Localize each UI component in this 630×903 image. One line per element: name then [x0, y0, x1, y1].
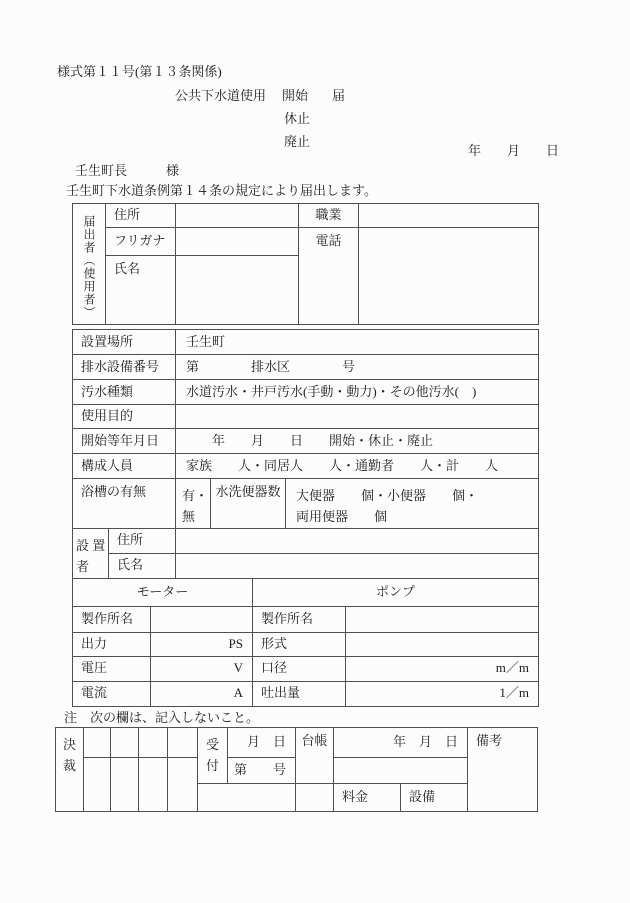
approval-stamp-box — [111, 758, 139, 812]
motor-voltage-label: 電圧 — [73, 656, 151, 681]
start-date-value: 年 月 日 開始・休止・廃止 — [176, 429, 539, 454]
machine-table: 製作所名 製作所名 出力 PS 形式 電圧 V 口径 m／m 電流 A 吐出量 — [72, 606, 539, 707]
ledger-blank-cell — [334, 758, 468, 784]
installer-address-label: 住所 — [109, 528, 176, 553]
pump-maker-label: 製作所名 — [253, 606, 346, 632]
pump-header: ポンプ — [253, 578, 539, 606]
pump-caliber-label: 口径 — [253, 656, 346, 681]
installer-address-field — [176, 528, 539, 553]
purpose-value — [176, 405, 539, 429]
table-row: 排水設備番号 第 排水区 号 — [73, 355, 539, 380]
approval-stamp-box — [84, 758, 111, 812]
reception-blank-cell — [198, 784, 296, 812]
table-row: 開始等年月日 年 月 日 開始・休止・廃止 — [73, 429, 539, 454]
table-row: 電流 A 吐出量 1／m — [73, 681, 539, 706]
drainage-number-value: 第 排水区 号 — [176, 355, 539, 380]
remarks-label: 備考 — [468, 728, 538, 812]
reception-label: 受 付 — [198, 728, 228, 784]
table-row: 浴槽の有無 有・ 無 水洗便器数 大便器 個・小便器 個・ 両用便器 個 — [73, 479, 539, 529]
fee-label: 料金 — [334, 784, 401, 812]
name-field — [176, 256, 299, 325]
table-row: 決 裁 受 付 月 日 台帳 年 月 日 備考 — [56, 728, 538, 758]
date-line: 年 月 日 — [468, 144, 559, 159]
addressee-line: 壬生町長 様 — [75, 164, 179, 179]
reception-number: 第 号 — [228, 758, 296, 784]
applicant-table: 届出者（使用者） 住所 職業 フリガナ 電話 氏名 — [72, 203, 539, 325]
table-row: 氏名 — [73, 553, 539, 578]
household-label: 構成人員 — [73, 454, 176, 479]
installer-table: 設 置 者 住所 氏名 — [72, 528, 539, 579]
table-row: 設置場所 壬生町 — [73, 330, 539, 355]
bath-label: 浴槽の有無 — [73, 479, 176, 529]
purpose-label: 使用目的 — [73, 405, 176, 429]
approval-stamp-box — [168, 758, 198, 812]
ledger-label: 台帳 — [296, 728, 334, 784]
table-row: モーター ポンプ — [73, 578, 539, 606]
table-row: 電圧 V 口径 m／m — [73, 656, 539, 681]
table-row: 出力 PS 形式 — [73, 632, 539, 656]
motor-maker-field — [151, 606, 253, 632]
applicant-address-label: 住所 — [106, 204, 176, 228]
note-line: 注 次の欄は、記入しないこと。 — [64, 711, 259, 726]
approval-label: 決 裁 — [56, 728, 84, 812]
applicant-group-label: 届出者（使用者） — [83, 215, 95, 319]
form-title-line: 公共下水道使用開始届 — [175, 89, 345, 104]
equipment-label: 設備 — [401, 784, 468, 812]
household-value: 家族 人・同居人 人・通勤者 人・計 人 — [176, 454, 539, 479]
approval-stamp-box — [139, 758, 168, 812]
ledger-blank-cell — [296, 784, 334, 812]
table-row: 汚水種類 水道汚水・井戸汚水(手動・動力)・その他汚水( ) — [73, 380, 539, 405]
approval-stamp-box — [139, 728, 168, 758]
sewage-type-value: 水道汚水・井戸汚水(手動・動力)・その他汚水( ) — [176, 380, 539, 405]
flush-count-label: 水洗便器数 — [211, 479, 286, 529]
pump-model-field — [346, 632, 539, 656]
furigana-field — [176, 228, 299, 256]
toilet-counts: 大便器 個・小便器 個・ 両用便器 個 — [286, 479, 539, 529]
form-title-start: 開始 — [282, 88, 308, 103]
table-row: 設 置 者 住所 — [73, 528, 539, 553]
reception-month-day: 月 日 — [228, 728, 296, 758]
approval-stamp-box — [84, 728, 111, 758]
applicant-group-cell: 届出者（使用者） — [73, 204, 106, 325]
details-table: 設置場所 壬生町 排水設備番号 第 排水区 号 汚水種類 水道汚水・井戸汚水(手… — [72, 329, 539, 479]
declaration-line: 壬生町下水道条例第１４条の規定により届出します。 — [66, 184, 377, 199]
motor-current-label: 電流 — [73, 681, 151, 706]
pump-discharge-unit: 1／m — [346, 681, 539, 706]
motor-output-label: 出力 — [73, 632, 151, 656]
phone-label: 電話 — [299, 228, 359, 325]
motor-voltage-unit: V — [151, 656, 253, 681]
table-row: 構成人員 家族 人・同居人 人・通勤者 人・計 人 — [73, 454, 539, 479]
form-page: 様式第１１号(第１３条関係) 公共下水道使用開始届 休止 廃止 年 月 日 壬生… — [0, 0, 630, 903]
motor-header: モーター — [73, 578, 253, 606]
installer-name-field — [176, 553, 539, 578]
form-title-prefix: 公共下水道使用 — [175, 88, 266, 103]
start-date-label: 開始等年月日 — [73, 429, 176, 454]
table-row: 製作所名 製作所名 — [73, 606, 539, 632]
motor-maker-label: 製作所名 — [73, 606, 151, 632]
installation-place-label: 設置場所 — [73, 330, 176, 355]
bath-table: 浴槽の有無 有・ 無 水洗便器数 大便器 個・小便器 個・ 両用便器 個 — [72, 478, 539, 529]
pump-model-label: 形式 — [253, 632, 346, 656]
details-section: 設置場所 壬生町 排水設備番号 第 排水区 号 汚水種類 水道汚水・井戸汚水(手… — [72, 329, 538, 707]
installer-name-label: 氏名 — [109, 553, 176, 578]
form-title-suspend: 休止 — [284, 112, 310, 127]
ledger-date: 年 月 日 — [334, 728, 468, 758]
approval-stamp-box — [111, 728, 139, 758]
drainage-number-label: 排水設備番号 — [73, 355, 176, 380]
machine-header-table: モーター ポンプ — [72, 578, 539, 607]
occupation-field — [359, 204, 539, 228]
pump-maker-field — [346, 606, 539, 632]
pump-caliber-unit: m／m — [346, 656, 539, 681]
bath-options: 有・ 無 — [176, 479, 211, 529]
installer-group-label: 設 置 者 — [73, 528, 109, 578]
installation-place-value: 壬生町 — [176, 330, 539, 355]
furigana-label: フリガナ — [106, 228, 176, 256]
form-number: 様式第１１号(第１３条関係) — [57, 65, 222, 80]
phone-field — [359, 228, 539, 325]
sewage-type-label: 汚水種類 — [73, 380, 176, 405]
motor-output-unit: PS — [151, 632, 253, 656]
table-row: 使用目的 — [73, 405, 539, 429]
applicant-address-field — [176, 204, 299, 228]
name-label: 氏名 — [106, 256, 176, 325]
motor-current-unit: A — [151, 681, 253, 706]
approval-stamp-box — [168, 728, 198, 758]
pump-discharge-label: 吐出量 — [253, 681, 346, 706]
office-use-table: 決 裁 受 付 月 日 台帳 年 月 日 備考 第 号 料金 設備 — [55, 727, 538, 812]
form-title-suffix: 届 — [332, 88, 345, 103]
occupation-label: 職業 — [299, 204, 359, 228]
form-title-abolish: 廃止 — [284, 135, 310, 150]
